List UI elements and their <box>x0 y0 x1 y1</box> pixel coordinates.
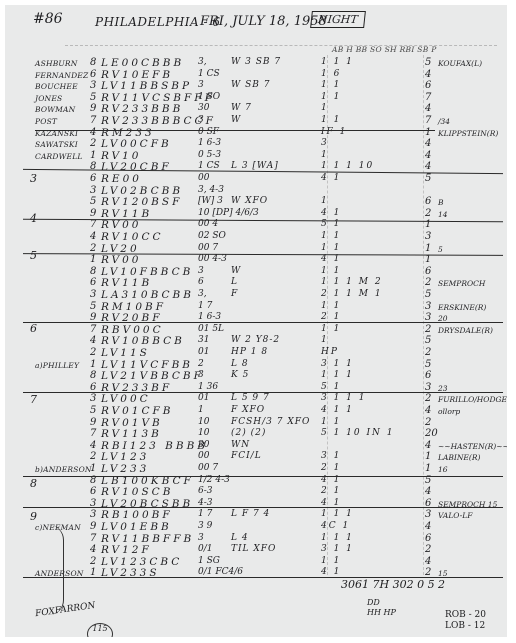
plate-result: 00 7 <box>198 463 218 473</box>
plate-result: 02 SO <box>198 231 226 241</box>
table-row: POST7RV233BBBCCF3W1 17/34 <box>5 115 507 127</box>
plate-result: 01 <box>198 393 209 403</box>
batting-order: 4 <box>90 127 96 138</box>
table-row: KAZANSKI4RM2330 SFIF 11KLIPPSTEIN(R) <box>5 127 507 139</box>
pitch-sequence: LV11VCFBB <box>101 359 193 371</box>
pitcher-note: B <box>438 198 444 207</box>
stat-marks: 4C 1 <box>321 521 350 531</box>
inning-rule <box>23 322 503 323</box>
pitcher-note: ~~HASTEN(R)~~ <box>438 442 507 451</box>
lineup-rule <box>35 130 435 131</box>
batting-order: 7 <box>90 324 96 335</box>
stat-marks: IF 1 <box>321 127 347 137</box>
stat-marks: 1 1 <box>321 80 341 90</box>
running-total: 1 <box>425 463 431 474</box>
table-row: 3LV02BCBB3, 4-3 <box>5 185 507 197</box>
pitch-sequence: LV02BCBB <box>101 185 183 197</box>
batting-order: 6 <box>90 486 96 497</box>
player-name: ASHBURN <box>35 59 78 68</box>
plate-result: 3, <box>198 57 207 67</box>
batting-order: 4 <box>90 335 96 346</box>
batting-order: 2 <box>90 243 96 254</box>
hh-note: HH HP <box>367 608 396 618</box>
table-row: FERNANDEZ6RV10EFB1 CS1 64 <box>5 69 507 81</box>
stat-marks: 2 1 <box>321 312 341 322</box>
batting-order: 7 <box>90 115 96 126</box>
running-total: 1 <box>425 243 431 254</box>
table-row: 4RV10CC02 SO1 13 <box>5 231 507 243</box>
plate-result: 1 36 <box>198 382 218 392</box>
stat-marks: 1 6 <box>321 69 341 79</box>
table-row: b)ANDERSON1LV23300 72 1116 <box>5 463 507 475</box>
play-notes: (2) (2) <box>231 428 266 438</box>
table-row: 2LV11S01HP 1 8HP2 <box>5 347 507 359</box>
plate-result: [W] 3 <box>198 196 223 206</box>
plate-result: 00 4 <box>198 219 218 229</box>
table-row: 5RV01CFB1F XFO4 1 14ollorp <box>5 405 507 417</box>
pitch-sequence: LV123 <box>101 451 149 463</box>
pitch-sequence: RV233BBB <box>101 103 183 115</box>
running-total: 3 <box>425 301 431 312</box>
running-total: 2 <box>425 393 431 404</box>
circled-mark: 115 <box>87 623 113 637</box>
pitch-sequence: RV01CFB <box>101 405 174 417</box>
pitcher-note: VALO-LF <box>438 511 472 520</box>
stat-marks: 1 1 <box>321 92 341 102</box>
running-total: 1 <box>425 451 431 462</box>
player-name: SAWATSKI <box>35 140 78 149</box>
play-notes: W XFO <box>231 196 268 206</box>
pitch-sequence: RV11B <box>101 277 152 289</box>
running-total: 2 <box>425 208 431 219</box>
running-total: 7 <box>425 115 431 126</box>
pitch-sequence: RV10CC <box>101 231 164 243</box>
player-name: b)ANDERSON <box>35 465 92 474</box>
batting-order: 7 <box>90 533 96 544</box>
pitcher-note: /34 <box>438 117 450 126</box>
running-total: 6 <box>425 266 431 277</box>
stat-marks: 4 1 <box>321 254 341 264</box>
batting-order: 7 <box>90 219 96 230</box>
batting-order: 9 <box>90 103 96 114</box>
stat-marks: 1 1 <box>321 301 341 311</box>
running-total: 4 <box>425 138 431 149</box>
batting-order: 3 <box>90 289 96 300</box>
batting-order: 4 <box>90 544 96 555</box>
pitch-sequence: RV10BBCB <box>101 335 185 347</box>
plate-result: 6-3 <box>198 486 213 496</box>
batting-order: 2 <box>90 347 96 358</box>
running-total: 6 <box>425 370 431 381</box>
stat-marks: 3 1 1 1 <box>321 393 367 403</box>
stat-column-header: AB H BB SO SH RBI SB P <box>332 45 437 54</box>
pitch-sequence: RV12F <box>101 544 152 556</box>
batting-order: 9 <box>90 208 96 219</box>
pitch-sequence: RE00 <box>101 173 142 185</box>
pitch-sequence: LV21VBBCBF <box>101 370 204 382</box>
stat-marks: 1 <box>321 150 329 160</box>
running-total: 4 <box>425 440 431 451</box>
player-name: CARDWELL <box>35 152 83 161</box>
pitch-sequence: LV11BBSBP <box>101 80 192 92</box>
play-notes: FCI/L <box>231 451 262 461</box>
batting-order: 1 <box>90 463 96 474</box>
pitch-sequence: RM233 <box>101 127 155 139</box>
pitch-sequence: LV123CBC <box>101 556 182 568</box>
pitch-sequence: RV00 <box>101 254 141 266</box>
running-total: 5 <box>425 57 431 68</box>
table-row: 7RV11BBFFB3L 41 1 16 <box>5 533 507 545</box>
batting-order: 4 <box>90 440 96 451</box>
running-total: 5 <box>425 173 431 184</box>
stat-marks: 3 <box>321 138 329 148</box>
table-row: 2LV12300FCI/L3 11LABINE(R) <box>5 451 507 463</box>
running-total: 4 <box>425 556 431 567</box>
play-notes: W <box>231 266 241 276</box>
table-row: 7RV113B10(2) (2)5 1 10 IN 120 <box>5 428 507 440</box>
stat-marks: 4 1 1 <box>321 405 354 415</box>
plate-result: 1 7 <box>198 509 212 519</box>
running-total: 1 <box>425 127 431 138</box>
player-name: BOWMAN <box>35 105 75 114</box>
stat-marks: 1 1 <box>321 243 341 253</box>
table-row: 6RV11B6L1 1 1 M 22SEMPROCH <box>5 277 507 289</box>
table-row: 5RM10BF1 71 13ERSKINE(R) <box>5 301 507 313</box>
pitch-sequence: LV00CFB <box>101 138 172 150</box>
dd-note: DD <box>367 598 396 608</box>
running-total: 4 <box>425 161 431 172</box>
table-row: 5RV120BSF[W] 3W XFO16B <box>5 196 507 208</box>
running-total: 2 <box>425 324 431 335</box>
play-notes: L <box>231 277 238 287</box>
stat-marks: 1 1 <box>321 231 341 241</box>
table-row: ASHBURN8LE00CBBB3,W 3 SB 71 1 15KOUFAX(L… <box>5 57 507 69</box>
pitch-sequence: RV10 <box>101 150 141 162</box>
plate-result: 1 <box>198 405 204 415</box>
play-notes: L F 7 4 <box>231 509 270 519</box>
table-row: 7RBV00C01 5L1 12DRYSDALE(R) <box>5 324 507 336</box>
table-row: BOWMAN9RV233BBB30W 714 <box>5 103 507 115</box>
table-row: 3LV00C01L 5 9 73 1 1 12FURILLO/HODGES 1B <box>5 393 507 405</box>
substitution-brace <box>49 525 64 615</box>
inning-marker: 3 <box>30 172 37 185</box>
scoresheet-page: #86 PHILADELPHIA - 6 FRI, JULY 18, 1958 … <box>5 5 507 637</box>
stat-marks: 1 <box>321 103 329 113</box>
play-notes: W 3 SB 7 <box>231 57 281 67</box>
play-notes: TIL XFO <box>231 544 276 554</box>
stat-marks: 1 1 1 <box>321 533 354 543</box>
pitch-sequence: RV10EFB <box>101 69 173 81</box>
batting-order: 5 <box>90 196 96 207</box>
pitch-sequence: LV20CBF <box>101 161 172 173</box>
rob-count: ROB - 20 <box>445 610 486 621</box>
table-row: 6RV10SCB6-32 14 <box>5 486 507 498</box>
running-total: 4 <box>425 486 431 497</box>
pitcher-note: LABINE(R) <box>438 453 480 462</box>
plate-result: 10 [DP] 4/6/3 <box>198 208 259 218</box>
stat-marks: 1 <box>321 196 329 206</box>
play-notes: K 5 <box>231 370 249 380</box>
plate-result: 2 <box>198 359 204 369</box>
pitch-sequence: LV00C <box>101 393 151 405</box>
stat-marks: 5 1 <box>321 382 341 392</box>
running-total: 6 <box>425 80 431 91</box>
stat-marks: 1 1 1 10 <box>321 161 374 171</box>
stat-marks: 4 1 <box>321 567 341 577</box>
plate-result: 0/1 FC4/6 <box>198 567 243 577</box>
pitcher-note: ollorp <box>438 407 460 416</box>
running-total: 4 <box>425 150 431 161</box>
table-row: 8LV21VBBCBF3K 51 1 16 <box>5 370 507 382</box>
pitch-sequence: RV00 <box>101 219 141 231</box>
pitch-sequence: RV113B <box>101 428 162 440</box>
play-notes: W 7 <box>231 103 252 113</box>
table-row: JONES5RV11VCSBFFF1 SO1 17 <box>5 92 507 104</box>
pitcher-note: SEMPROCH <box>438 279 485 288</box>
stat-marks: 1 <box>321 335 329 345</box>
stat-marks: 2 1 <box>321 486 341 496</box>
pitcher-note: KOUFAX(L) <box>438 59 482 68</box>
pitcher-note: 16 <box>438 465 448 474</box>
inning-marker: 5 <box>30 249 37 262</box>
plate-result: 3 <box>198 115 204 125</box>
plate-result: 00 <box>198 451 209 461</box>
pitch-sequence: RB100BF <box>101 509 173 521</box>
batting-order: 3 <box>90 80 96 91</box>
plate-result: 00 4-3 <box>198 254 227 264</box>
play-notes: W SB 7 <box>231 80 270 90</box>
game-date: FRI, JULY 18, 1958 <box>200 14 327 29</box>
plate-result: 00 <box>198 173 209 183</box>
stat-marks: 5 1 10 IN 1 <box>321 428 395 438</box>
plate-result: 3, 4-3 <box>198 185 224 195</box>
plate-result: 3 <box>198 370 204 380</box>
plate-result: 3 <box>198 80 204 90</box>
play-notes: W <box>231 115 241 125</box>
play-notes: FCSH/3 7 XFO <box>231 417 310 427</box>
pitch-sequence: RV01VB <box>101 417 163 429</box>
stat-marks: 3 1 1 <box>321 359 354 369</box>
stat-marks: 3 1 1 <box>321 544 354 554</box>
table-row: BOUCHEE3LV11BBSBP3W SB 71 16 <box>5 80 507 92</box>
pinch-note: FOXFARRON <box>35 601 96 619</box>
running-total: 4 <box>425 103 431 114</box>
plate-result: 01 5L <box>198 324 224 334</box>
plate-result: 6 <box>198 277 204 287</box>
stat-marks: 1 1 <box>321 324 341 334</box>
plate-result: 3, <box>198 289 207 299</box>
batting-order: 7 <box>90 428 96 439</box>
pitch-sequence: LV01EBB <box>101 521 172 533</box>
pitcher-note: 5 <box>438 245 443 254</box>
running-total: 3 <box>425 509 431 520</box>
play-notes: F <box>231 289 238 299</box>
running-total: 4 <box>425 69 431 80</box>
running-total: 2 <box>425 417 431 428</box>
running-total: 5 <box>425 335 431 346</box>
stat-marks: 1 1 <box>321 556 341 566</box>
stat-marks: 1 1 1 M 2 <box>321 277 383 287</box>
table-row: 4RV12F0/1TIL XFO3 1 12 <box>5 544 507 556</box>
play-notes: F XFO <box>231 405 265 415</box>
batting-order: 5 <box>90 405 96 416</box>
running-total: 3 <box>425 231 431 242</box>
plate-result: 10 <box>198 428 209 438</box>
batting-order: 3 <box>90 185 96 196</box>
inning-rule <box>23 507 503 508</box>
stat-marks: HP <box>321 347 339 357</box>
pitch-sequence: LE00CBBB <box>101 57 184 69</box>
pitcher-note: DRYSDALE(R) <box>438 326 493 335</box>
stat-marks: 1 1 <box>321 266 341 276</box>
table-row: SAWATSKI2LV00CFB1 6-334 <box>5 138 507 150</box>
play-notes: W 2 Y8-2 <box>231 335 280 345</box>
table-row: 3RB100BF1 7L F 7 41 1 13VALO-LF <box>5 509 507 521</box>
batting-order: 2 <box>90 138 96 149</box>
batting-order: 1 <box>90 359 96 370</box>
stat-marks: 1 1 <box>321 115 341 125</box>
table-row: 4RBI123 BBBB30WN4~~HASTEN(R)~~ <box>5 440 507 452</box>
plate-result: 0 5-3 <box>198 150 221 160</box>
table-row: 1RV0000 4-34 11 <box>5 254 507 266</box>
plate-result: 01 <box>198 347 209 357</box>
plate-result: 3 <box>198 533 204 543</box>
pitch-sequence: RBV00C <box>101 324 164 336</box>
running-total: 20 <box>425 428 438 439</box>
footer-notes: DD HH HP <box>367 598 396 618</box>
play-notes: L 5 9 7 <box>231 393 270 403</box>
pitch-sequence: LA310BCBB <box>101 289 194 301</box>
lob-summary: ROB - 20 LOB - 12 <box>445 610 486 632</box>
plate-result: 1 SO <box>198 92 220 102</box>
running-total: 4 <box>425 521 431 532</box>
batting-order: 9 <box>90 521 96 532</box>
stat-marks: 3 1 <box>321 451 341 461</box>
table-row: c)NEEMAN9LV01EBB3 94C 14 <box>5 521 507 533</box>
running-total: 5 <box>425 289 431 300</box>
pitch-sequence: LV11S <box>101 347 150 359</box>
inning-rule <box>23 392 503 393</box>
plate-result: 1 CS <box>198 69 220 79</box>
plate-result: 30 <box>198 103 209 113</box>
running-total: 2 <box>425 347 431 358</box>
pitcher-note: FURILLO/HODGES 1B <box>438 395 507 404</box>
inning-rule <box>23 476 503 477</box>
table-row: 8LV10FBBCB3W1 16 <box>5 266 507 278</box>
table-row: CARDWELL1RV100 5-314 <box>5 150 507 162</box>
stat-marks: 2 1 <box>321 463 341 473</box>
pitch-sequence: LV10FBBCB <box>101 266 193 278</box>
play-notes: WN <box>231 440 250 450</box>
running-total: 6 <box>425 196 431 207</box>
plate-result: 0 SF <box>198 127 219 137</box>
running-total: 7 <box>425 92 431 103</box>
table-row: a)PHILLEY1LV11VCFBB2L 83 1 15 <box>5 359 507 371</box>
player-name: POST <box>35 117 57 126</box>
plate-result: 1 6-3 <box>198 312 221 322</box>
pitch-sequence: RV10SCB <box>101 486 173 498</box>
plate-result: 0/1 <box>198 544 212 554</box>
player-name: a)PHILLEY <box>35 361 79 370</box>
plate-result: 3 <box>198 266 204 276</box>
batting-order: 2 <box>90 556 96 567</box>
plate-result: 3 9 <box>198 521 212 531</box>
play-notes: L 8 <box>231 359 249 369</box>
stat-marks: 4 1 <box>321 208 341 218</box>
running-total: 5 <box>425 359 431 370</box>
table-row: 9RV01VB10FCSH/3 7 XFO1 12 <box>5 417 507 429</box>
player-name: BOUCHEE <box>35 82 78 91</box>
batting-order: 6 <box>90 277 96 288</box>
pitch-sequence: LV233 <box>101 463 149 475</box>
plate-result: 31 <box>198 335 209 345</box>
running-total: 2 <box>425 544 431 555</box>
pitch-sequence: RV11B <box>101 208 152 220</box>
plate-result: 10 <box>198 417 209 427</box>
batting-order: 3 <box>90 393 96 404</box>
inning-marker: 6 <box>30 322 37 335</box>
table-row: 2LV123CBC1 SG1 14 <box>5 556 507 568</box>
batting-order: 6 <box>90 69 96 80</box>
batting-order: 5 <box>90 301 96 312</box>
running-total: 2 <box>425 277 431 288</box>
table-row: 6RE00004 15 <box>5 173 507 185</box>
batting-order: 9 <box>90 417 96 428</box>
pitch-sequence: RM10BF <box>101 301 166 313</box>
play-notes: L 4 <box>231 533 249 543</box>
batting-order: 5 <box>90 92 96 103</box>
plate-result: 00 7 <box>198 243 218 253</box>
stat-marks: 1 1 1 <box>321 370 354 380</box>
plate-result: 1 6-3 <box>198 138 221 148</box>
table-row: 4RV10BBCB31W 2 Y8-215 <box>5 335 507 347</box>
batting-order: 1 <box>90 150 96 161</box>
game-number: #86 <box>33 11 63 27</box>
stat-marks: 1 1 1 <box>321 509 354 519</box>
running-total: 1 <box>425 254 431 265</box>
pitch-sequence: RV120BSF <box>101 196 182 208</box>
plate-result: 1 7 <box>198 301 212 311</box>
pitcher-note: 14 <box>438 210 448 219</box>
batting-order: 6 <box>90 173 96 184</box>
batting-order: 4 <box>90 231 96 242</box>
pitch-sequence: RBI123 BBBB <box>101 440 208 452</box>
pitcher-note: KLIPPSTEIN(R) <box>438 129 498 138</box>
inning-marker: 8 <box>30 477 37 490</box>
inning-marker: 4 <box>30 212 37 225</box>
batting-order: 8 <box>90 57 96 68</box>
plate-result: 1 SG <box>198 556 220 566</box>
player-name: FERNANDEZ <box>35 71 88 80</box>
inning-marker: 9 <box>30 510 37 523</box>
plate-result: 30 <box>198 440 209 450</box>
night-badge: NIGHT <box>310 11 365 28</box>
lob-count: LOB - 12 <box>445 621 486 632</box>
running-total: 4 <box>425 405 431 416</box>
stat-marks: 1 1 1 <box>321 57 354 67</box>
stat-marks: 1 1 <box>321 417 341 427</box>
batting-order: 8 <box>90 161 96 172</box>
game-totals: 3061 7H 302 0 5 2 <box>341 578 445 591</box>
batting-order: 8 <box>90 370 96 381</box>
inning-marker: 7 <box>30 393 37 406</box>
pitcher-note: ERSKINE(R) <box>438 303 486 312</box>
pitch-sequence: RV11BBFFB <box>101 533 194 545</box>
stat-marks: 4 1 <box>321 173 341 183</box>
table-row: 9RV11B10 [DP] 4/6/34 1214 <box>5 208 507 220</box>
table-row: 3LA310BCBB3,F2 1 1 M 15 <box>5 289 507 301</box>
batting-order: 8 <box>90 266 96 277</box>
